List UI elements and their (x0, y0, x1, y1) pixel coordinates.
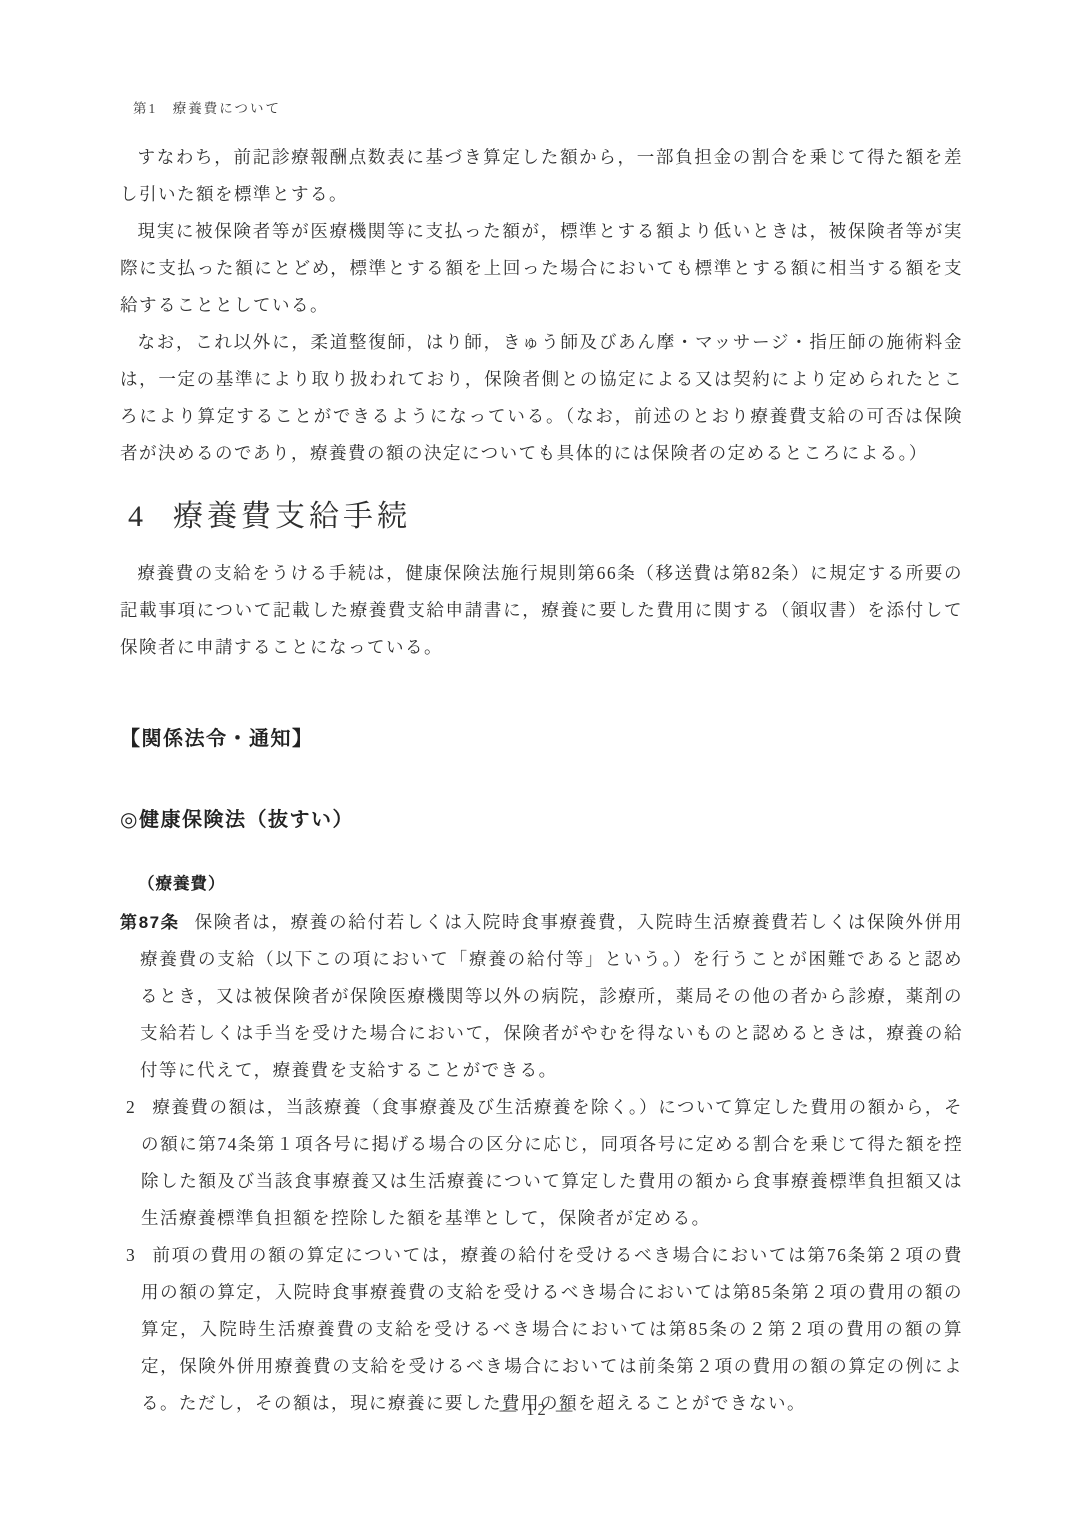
law-title: ◎健康保険法（抜すい） (120, 803, 963, 832)
article-87: 第87条保険者は，療養の給付若しくは入院時食事療養費，入院時生活療養費若しくは保… (120, 904, 963, 1089)
intro-paragraph-2: 現実に被保険者等が医療機関等に支払った額が，標準とする額より低いときは，被保険者… (120, 213, 963, 324)
clause-3-body: 前項の費用の額の算定については，療養の給付を受けるべき場合においては第76条第２… (141, 1245, 963, 1413)
running-header: 第1 療養費について (133, 97, 963, 117)
clause-2-number: 2 (126, 1097, 136, 1117)
intro-paragraph-3: なお，これ以外に，柔道整復師，はり師，きゅう師及びあん摩・マッサージ・指圧師の施… (120, 324, 963, 472)
clause-2-body: 療養費の額は，当該療養（食事療養及び生活療養を除く。）について算定した費用の額か… (141, 1097, 963, 1228)
intro-paragraph-1: すなわち，前記診療報酬点数表に基づき算定した額から，一部負担金の割合を乗じて得た… (120, 139, 963, 213)
article-87-label: 第87条 (120, 913, 180, 932)
article-caption: （療養費） (138, 870, 963, 894)
article-87-body: 保険者は，療養の給付若しくは入院時食事療養費，入院時生活療養費若しくは保険外併用… (140, 912, 963, 1080)
section-heading: 4療養費支給手続 (128, 496, 963, 538)
clause-2: 2療養費の額は，当該療養（食事療養及び生活療養を除く。）について算定した費用の額… (120, 1089, 963, 1237)
clause-3: 3前項の費用の額の算定については，療養の給付を受けるべき場合においては第76条第… (120, 1237, 963, 1422)
related-laws-heading: 【関係法令・通知】 (120, 722, 963, 751)
page-number: ― 12 ― (0, 1400, 1075, 1420)
section4-paragraph: 療養費の支給をうける手続は，健康保険法施行規則第66条（移送費は第82条）に規定… (120, 555, 963, 666)
clause-3-number: 3 (126, 1245, 136, 1265)
document-page: 第1 療養費について すなわち，前記診療報酬点数表に基づき算定した額から，一部負… (0, 0, 1075, 1519)
section-number: 4 (128, 500, 143, 533)
section-title: 療養費支給手続 (173, 500, 411, 533)
page-content: 第1 療養費について すなわち，前記診療報酬点数表に基づき算定した額から，一部負… (120, 97, 963, 1422)
